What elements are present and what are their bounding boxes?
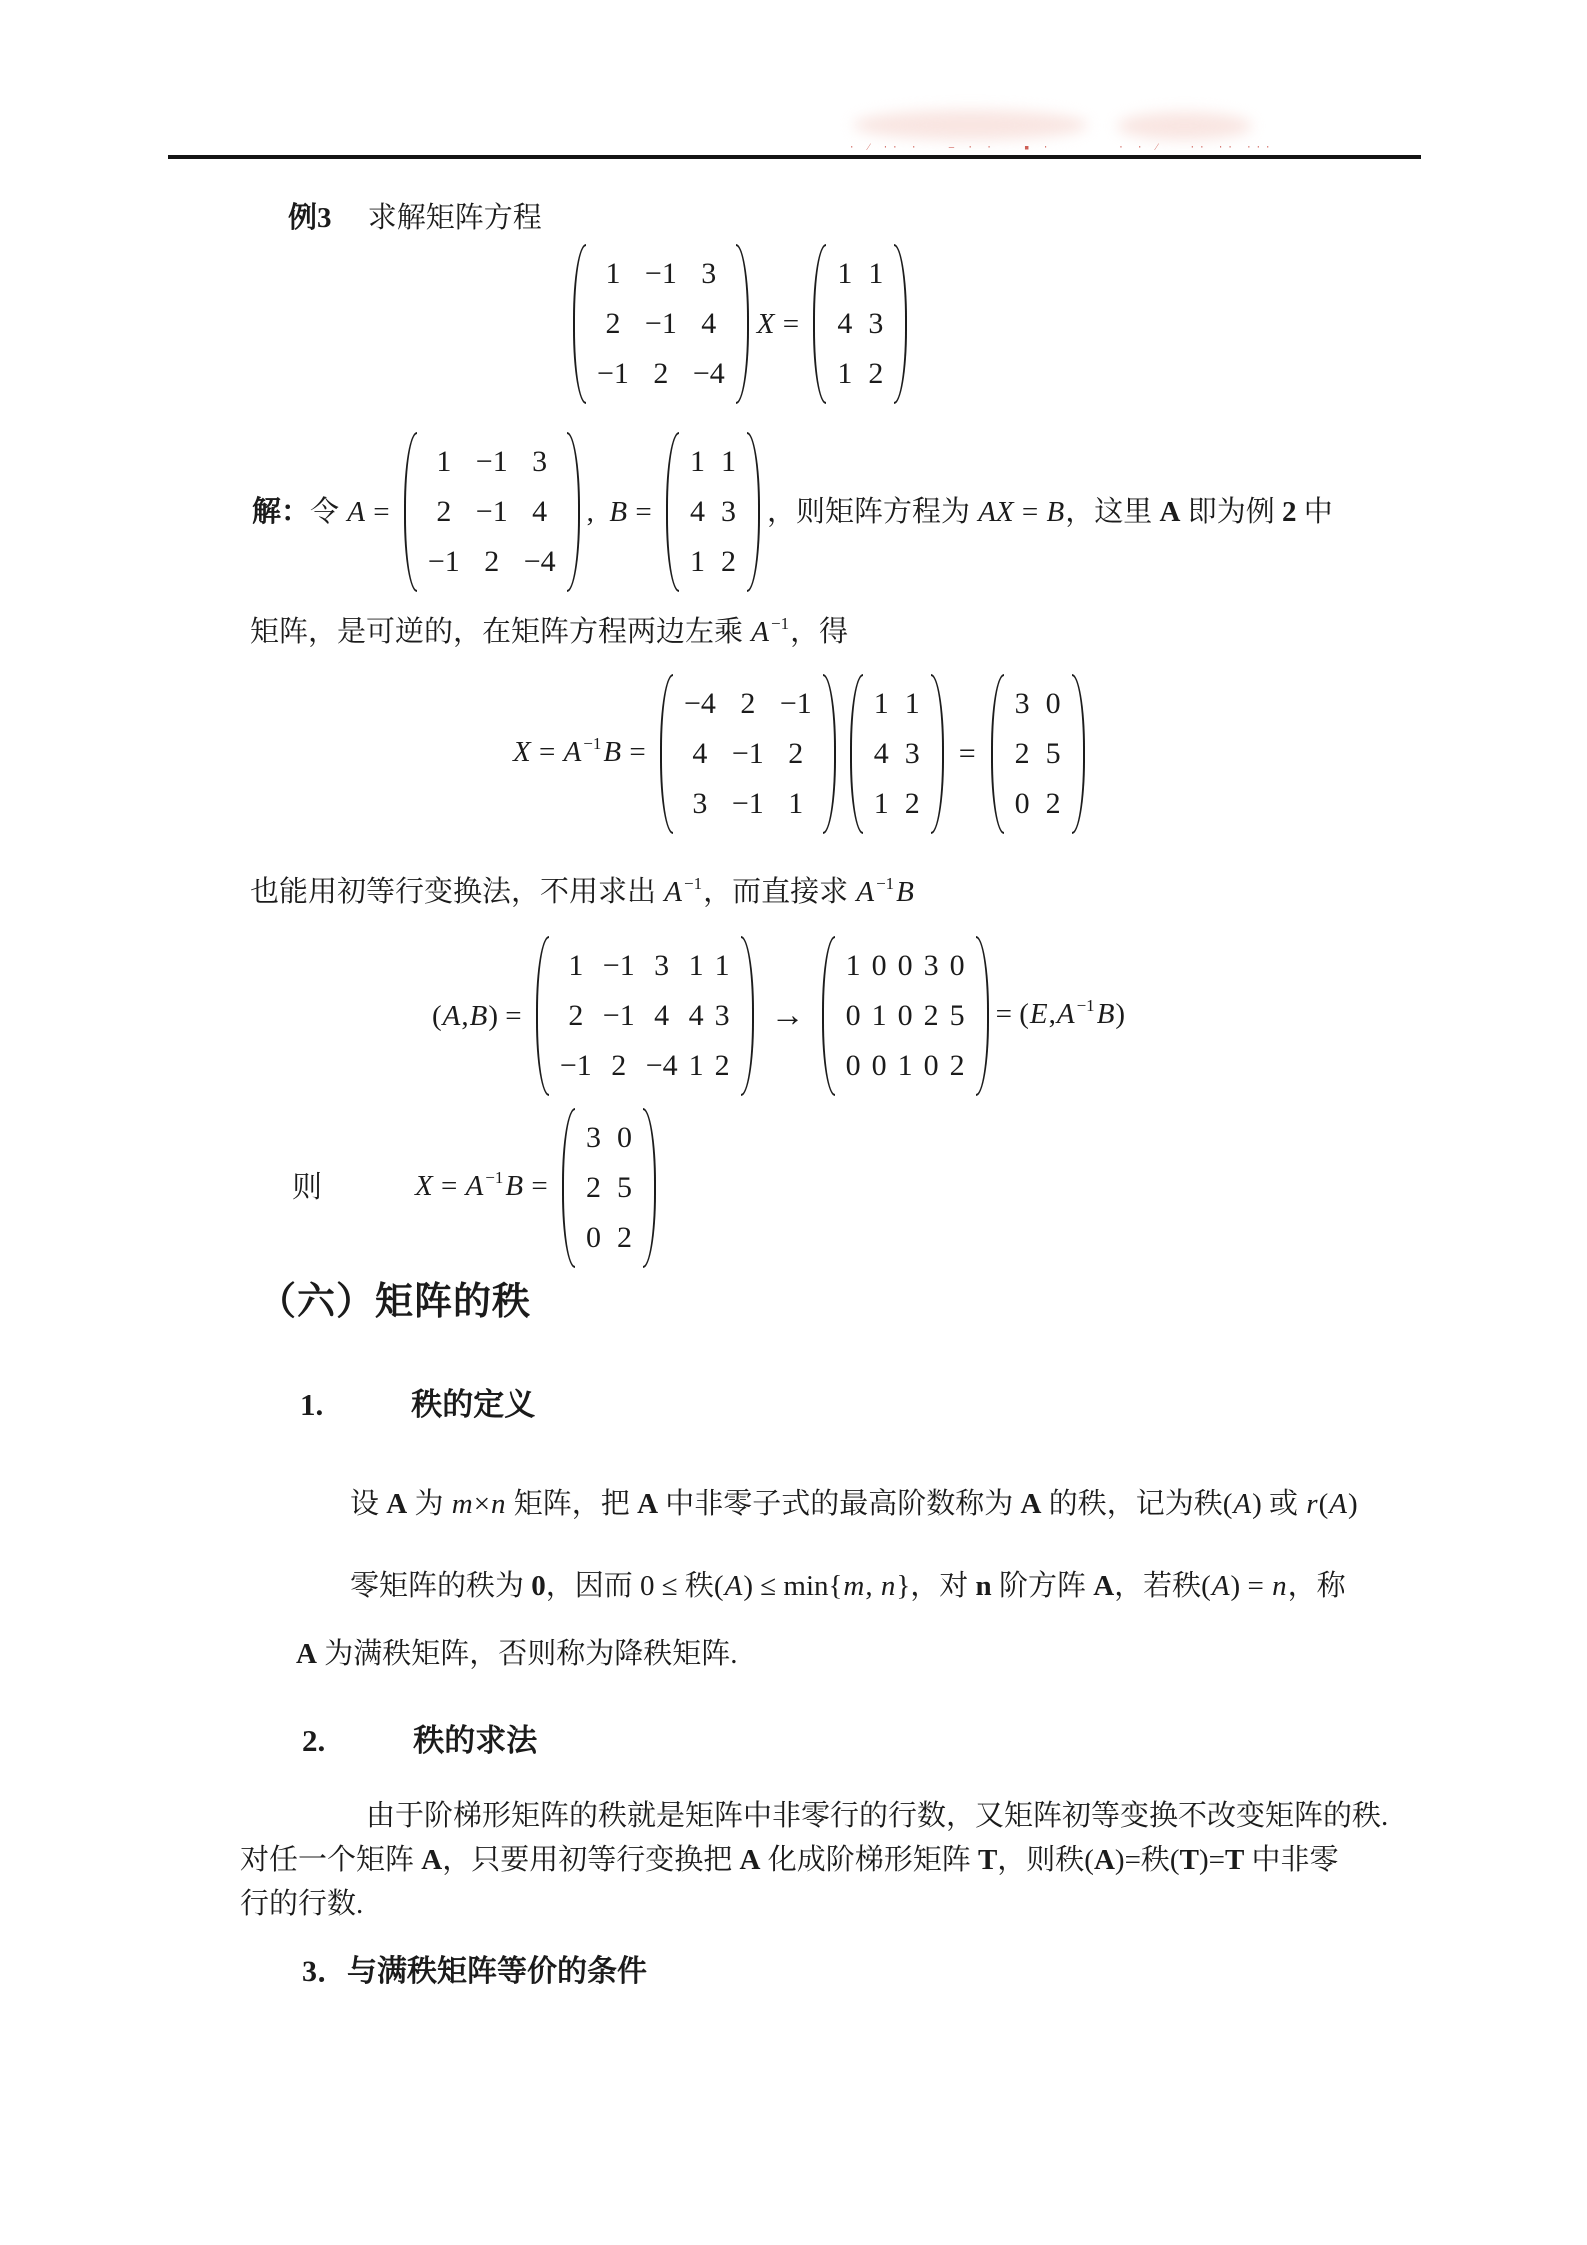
matrix-cell: −1 xyxy=(780,679,812,729)
right-paren xyxy=(643,1108,656,1268)
matrix-cell: 1 xyxy=(721,437,736,487)
matrix-cell: 1 xyxy=(605,249,620,299)
bold-text-segment: A xyxy=(739,1844,760,1876)
matrix-cell: 1 xyxy=(898,1041,913,1091)
matrix-cell: 2 xyxy=(868,349,883,399)
left-paren xyxy=(573,244,586,404)
matrix-cell: 1 xyxy=(872,991,887,1041)
matrix-cell: −1 xyxy=(476,487,508,537)
superscript-exponent: −1 xyxy=(875,874,895,893)
subheading-rank-method: 2. 秩的求法 xyxy=(302,1720,1587,1762)
text-segment: ( xyxy=(1319,1488,1329,1520)
text-segment: 为 xyxy=(407,1488,451,1520)
matrix-grid: 114312 xyxy=(826,244,894,404)
equation-1-middle: X = xyxy=(756,302,807,346)
text-segment: = xyxy=(775,308,806,340)
bold-text-segment: A xyxy=(1094,1844,1115,1876)
matrix-cell: 4 xyxy=(690,487,705,537)
superscript-exponent: −1 xyxy=(582,734,602,753)
math-variable: A xyxy=(442,1000,462,1032)
text-segment: ) = xyxy=(1231,1570,1272,1602)
text-segment: 由于阶梯形矩阵的秩就是矩阵中非零行的行数，又矩阵初等变换不改变矩阵的秩. xyxy=(366,1800,1388,1832)
matrix-cell: 3 xyxy=(905,729,920,779)
full-rank-paragraph: A 为满秩矩阵，否则称为降秩矩阵. xyxy=(296,1632,1587,1676)
math-variable: A xyxy=(1056,998,1076,1030)
matrix-cell: 1 xyxy=(837,249,852,299)
matrix-cell: 3 xyxy=(924,941,939,991)
subheading-number: 1. xyxy=(300,1384,323,1426)
solution-suffix: ，则矩阵方程为 AX = B，这里 A 即为例 2 中 xyxy=(767,490,1333,534)
matrix-cell: 2 xyxy=(740,679,755,729)
bold-text-segment: 0 xyxy=(531,1570,546,1602)
text-segment: × xyxy=(474,1488,490,1520)
text-segment: 零矩阵的秩为 xyxy=(350,1570,531,1602)
right-paren xyxy=(741,936,754,1096)
text-segment: = xyxy=(524,1170,555,1202)
text-segment: ，若秩( xyxy=(1114,1570,1211,1602)
matrix-B: 114312 xyxy=(813,244,907,404)
text-segment: )=秩( xyxy=(1115,1844,1180,1876)
matrix-cell: 1 xyxy=(689,941,704,991)
subheading-title: 秩的定义 xyxy=(411,1384,535,1426)
matrix-cell: −4 xyxy=(524,537,556,587)
left-paren xyxy=(404,432,417,592)
text-segment: ，而直接求 xyxy=(703,876,855,908)
math-variable: B xyxy=(608,496,628,528)
subheading-number: 2. xyxy=(302,1720,325,1762)
matrix-cell: 2 xyxy=(924,991,939,1041)
text-segment: 即为例 xyxy=(1180,496,1282,528)
then-label: 则 xyxy=(292,1171,322,1205)
matrix-cell: 4 xyxy=(837,299,852,349)
matrix-cell: −4 xyxy=(684,679,716,729)
matrix-cell: 5 xyxy=(617,1163,632,1213)
subheading-rank-definition: 1. 秩的定义 xyxy=(300,1384,1587,1426)
text-segment: = ( xyxy=(996,998,1029,1030)
matrix-cell: −4 xyxy=(646,1041,678,1091)
matrix-cell: 0 xyxy=(898,991,913,1041)
bold-text-segment: T xyxy=(1180,1844,1199,1876)
left-paren xyxy=(813,244,826,404)
text-segment: ，则矩阵方程为 xyxy=(767,496,977,528)
matrix-grid: 302502 xyxy=(575,1108,643,1268)
matrix-cell: 0 xyxy=(872,941,887,991)
superscript-exponent: −1 xyxy=(484,1168,504,1187)
text-segment: = xyxy=(366,496,397,528)
text-segment: 行的行数. xyxy=(240,1888,363,1920)
matrix-cell: 2 xyxy=(1015,729,1030,779)
document-page: · ⁄ ·· · — · · ▪ · · · ⁄ ·· ·· ··· 例3 求解… xyxy=(0,0,1587,2245)
document-body: 例3 求解矩阵方程 1−132−14−12−4 X = 114312 解：令 A… xyxy=(0,0,1587,1994)
equation-2-lead: X = A−1B = xyxy=(512,730,653,778)
bold-text-segment: n xyxy=(976,1570,992,1602)
bold-text-segment: A xyxy=(1160,496,1181,528)
matrix-cell: 0 xyxy=(1015,779,1030,829)
matrix-grid: 100300102500102 xyxy=(835,936,976,1096)
matrix-grid: 114312 xyxy=(679,432,747,592)
math-variable: m xyxy=(451,1488,474,1520)
matrix-A: 1−132−14−12−4 xyxy=(404,432,580,592)
matrix-cell: 4 xyxy=(701,299,716,349)
matrix-cell: 1 xyxy=(690,437,705,487)
text-segment: 对任一个矩阵 xyxy=(240,1844,421,1876)
matrix-cell: 0 xyxy=(617,1113,632,1163)
bold-text-segment: A xyxy=(421,1844,442,1876)
matrix-cell: 0 xyxy=(950,941,965,991)
matrix-B: 114312 xyxy=(850,674,944,834)
text-segment: = xyxy=(532,736,563,768)
matrix-cell: −4 xyxy=(693,349,725,399)
math-variable: A xyxy=(1211,1570,1231,1602)
matrix-cell: 0 xyxy=(872,1041,887,1091)
math-variable: B xyxy=(895,876,915,908)
text-segment: = xyxy=(622,736,653,768)
math-variable: X xyxy=(414,1170,434,1202)
text-segment: ) xyxy=(1348,1488,1358,1520)
math-variable: AX xyxy=(977,496,1014,528)
bold-text-segment: T xyxy=(978,1844,997,1876)
math-variable: m xyxy=(842,1570,865,1602)
matrix-equation-1: 1−132−14−12−4 X = 114312 xyxy=(566,244,1587,404)
text-segment: 中非零 xyxy=(1244,1844,1338,1876)
text-segment: )= xyxy=(1199,1844,1225,1876)
reduced-matrix-EAB: 100300102500102 xyxy=(822,936,989,1096)
matrix-cell: 4 xyxy=(532,487,547,537)
matrix-cell: −1 xyxy=(645,299,677,349)
matrix-cell: 2 xyxy=(436,487,451,537)
text-segment: 的秩，记为秩( xyxy=(1041,1488,1232,1520)
text-segment: ，因而 0 ≤ 秩( xyxy=(546,1570,724,1602)
result-equation-lead: X = A−1B = xyxy=(414,1164,555,1212)
matrix-cell: 2 xyxy=(653,349,668,399)
right-paren xyxy=(1072,674,1085,834)
matrix-cell: 0 xyxy=(924,1041,939,1091)
text-segment: ，这里 xyxy=(1065,496,1159,528)
matrix-grid: 1−132−14−12−4 xyxy=(417,432,567,592)
row-transform-line: 也能用初等行变换法，不用求出 A−1，而直接求 A−1B xyxy=(250,870,1587,918)
bold-text-segment: A xyxy=(637,1488,658,1520)
math-variable: B xyxy=(1096,998,1116,1030)
superscript-exponent: −1 xyxy=(683,874,703,893)
text-segment: 阶方阵 xyxy=(992,1570,1094,1602)
invertible-line: 矩阵，是可逆的，在矩阵方程两边左乘 A−1，得 xyxy=(250,610,1587,658)
solution-between: , B = xyxy=(587,490,659,534)
text-segment: , xyxy=(461,1000,468,1032)
bold-text-segment: A xyxy=(1093,1570,1114,1602)
matrix-cell: 1 xyxy=(568,941,583,991)
matrix-B: 114312 xyxy=(666,432,760,592)
math-variable: X xyxy=(756,308,776,340)
matrix-cell: 1 xyxy=(715,941,730,991)
matrix-cell: 2 xyxy=(1046,779,1061,829)
math-variable: B xyxy=(504,1170,524,1202)
example3-heading: 例3 求解矩阵方程 xyxy=(288,196,1587,240)
text-segment: 求解矩阵方程 xyxy=(332,202,542,234)
matrix-cell: 4 xyxy=(874,729,889,779)
text-segment: 中非零子式的最高阶数称为 xyxy=(658,1488,1021,1520)
text-segment: 矩阵，把 xyxy=(507,1488,638,1520)
text-segment: ( xyxy=(432,1000,442,1032)
matrix-X-result: 302502 xyxy=(991,674,1085,834)
matrix-cell: −1 xyxy=(732,779,764,829)
math-variable: n xyxy=(880,1570,897,1602)
matrix-A: 1−132−14−12−4 xyxy=(573,244,749,404)
matrix-cell: 1 xyxy=(868,249,883,299)
math-variable: A xyxy=(663,876,683,908)
text-segment: 矩阵，是可逆的，在矩阵方程两边左乘 xyxy=(250,616,750,648)
matrix-cell: 5 xyxy=(1046,729,1061,779)
augmented-matrix-equation: (A,B) = 1−13112−1443−12−412 → 1003001025… xyxy=(432,936,1587,1096)
superscript-exponent: −1 xyxy=(770,614,790,633)
math-variable: A xyxy=(855,876,875,908)
left-paren xyxy=(991,674,1004,834)
math-variable: A xyxy=(724,1570,744,1602)
matrix-cell: 0 xyxy=(898,941,913,991)
matrix-cell: 3 xyxy=(701,249,716,299)
inverse-product-equation: X = A−1B = −42−14−123−11 114312 = 302502 xyxy=(512,674,1587,834)
matrix-cell: 2 xyxy=(586,1163,601,1213)
matrix-cell: 1 xyxy=(690,537,705,587)
matrix-cell: 2 xyxy=(715,1041,730,1091)
matrix-cell: 3 xyxy=(721,487,736,537)
augmented-matrix-AB: 1−13112−1443−12−412 xyxy=(536,936,754,1096)
matrix-cell: 5 xyxy=(950,991,965,1041)
left-paren xyxy=(536,936,549,1096)
text-segment: ，只要用初等行变换把 xyxy=(442,1844,739,1876)
matrix-grid: 1−13112−1443−12−412 xyxy=(549,936,741,1096)
matrix-cell: −1 xyxy=(428,537,460,587)
right-paren xyxy=(567,432,580,592)
result-line: 则 X = A−1B = 302502 xyxy=(292,1108,1587,1268)
text-segment: 设 xyxy=(350,1488,386,1520)
left-paren xyxy=(660,674,673,834)
matrix-cell: 2 xyxy=(721,537,736,587)
text-segment: , xyxy=(1049,998,1056,1030)
text-segment: = xyxy=(434,1170,465,1202)
math-variable: B xyxy=(1046,496,1066,528)
left-paren xyxy=(822,936,835,1096)
bold-text-segment: A xyxy=(1021,1488,1042,1520)
right-paren xyxy=(894,244,907,404)
text-segment: 令 xyxy=(310,496,346,528)
bold-text-segment: A xyxy=(296,1638,317,1670)
matrix-cell: 2 xyxy=(605,299,620,349)
math-variable: A xyxy=(1232,1488,1252,1520)
solution-line: 解：令 A = 1−132−14−12−4 , B = 114312 ，则矩阵方… xyxy=(252,432,1587,592)
matrix-cell: 3 xyxy=(868,299,883,349)
math-variable: A xyxy=(346,496,366,528)
matrix-grid: 302502 xyxy=(1004,674,1072,834)
matrix-cell: 2 xyxy=(905,779,920,829)
subheading-title: 秩的求法 xyxy=(413,1720,537,1762)
matrix-cell: −1 xyxy=(732,729,764,779)
matrix-cell: 0 xyxy=(846,1041,861,1091)
text-segment: ) xyxy=(1115,998,1125,1030)
right-paren xyxy=(747,432,760,592)
subheading-full-rank-equivalence: 3．与满秩矩阵等价的条件 xyxy=(302,1950,1587,1994)
bold-text-segment: T xyxy=(1225,1844,1244,1876)
equals-sign: = xyxy=(959,737,976,771)
matrix-cell: 2 xyxy=(484,537,499,587)
matrix-cell: 2 xyxy=(950,1041,965,1091)
matrix-cell: 3 xyxy=(586,1113,601,1163)
matrix-cell: 1 xyxy=(874,779,889,829)
matrix-cell: −1 xyxy=(645,249,677,299)
math-variable: r xyxy=(1305,1488,1318,1520)
matrix-grid: 1−132−14−12−4 xyxy=(586,244,736,404)
rank-definition-paragraph: 设 A 为 m×n 矩阵，把 A 中非零子式的最高阶数称为 A 的秩，记为秩(A… xyxy=(350,1482,1587,1526)
matrix-cell: 2 xyxy=(617,1213,632,1263)
matrix-cell: 3 xyxy=(692,779,707,829)
text-segment: ，得 xyxy=(790,616,848,648)
matrix-cell: 1 xyxy=(874,679,889,729)
matrix-cell: −1 xyxy=(476,437,508,487)
matrix-X-result: 302502 xyxy=(562,1108,656,1268)
text-segment: , xyxy=(587,496,609,528)
text-segment: ，则秩( xyxy=(997,1844,1094,1876)
text-segment: ) ≤ min{ xyxy=(743,1570,842,1602)
text-segment: 中 xyxy=(1296,496,1332,528)
zero-matrix-rank-paragraph: 零矩阵的秩为 0，因而 0 ≤ 秩(A) ≤ min{m, n}，对 n 阶方阵… xyxy=(350,1564,1587,1608)
matrix-cell: 0 xyxy=(1046,679,1061,729)
matrix-cell: −1 xyxy=(603,941,635,991)
matrix-cell: 3 xyxy=(532,437,547,487)
matrix-cell: 1 xyxy=(846,941,861,991)
matrix-grid: 114312 xyxy=(863,674,931,834)
math-variable: A xyxy=(465,1170,485,1202)
matrix-cell: 1 xyxy=(905,679,920,729)
solution-prefix: 解：令 A = xyxy=(252,490,397,534)
matrix-cell: −1 xyxy=(603,991,635,1041)
text-segment: 也能用初等行变换法，不用求出 xyxy=(250,876,663,908)
rank-method-line-1: 由于阶梯形矩阵的秩就是矩阵中非零行的行数，又矩阵初等变换不改变矩阵的秩. xyxy=(240,1794,1587,1838)
bold-text-segment: 解： xyxy=(252,496,310,528)
matrix-cell: 3 xyxy=(1015,679,1030,729)
equation-3-lead: (A,B) = xyxy=(432,994,529,1038)
text-segment: }，对 xyxy=(896,1570,975,1602)
bold-text-segment: 例3 xyxy=(288,202,332,234)
text-segment: 为满秩矩阵，否则称为降秩矩阵. xyxy=(317,1638,738,1670)
right-paren xyxy=(736,244,749,404)
section-heading-rank: （六）矩阵的秩 xyxy=(258,1276,1587,1328)
matrix-cell: 4 xyxy=(692,729,707,779)
math-variable: A xyxy=(563,736,583,768)
right-arrow-icon: → xyxy=(771,999,805,1033)
matrix-A-inverse: −42−14−123−11 xyxy=(660,674,836,834)
math-variable: n xyxy=(1271,1570,1288,1602)
matrix-cell: 0 xyxy=(586,1213,601,1263)
rank-method-paragraph: 由于阶梯形矩阵的秩就是矩阵中非零行的行数，又矩阵初等变换不改变矩阵的秩. 对任一… xyxy=(240,1794,1587,1926)
right-paren xyxy=(931,674,944,834)
matrix-cell: 4 xyxy=(689,991,704,1041)
text-segment: = xyxy=(1015,496,1046,528)
bold-text-segment: 2 xyxy=(1282,496,1297,528)
matrix-cell: 1 xyxy=(436,437,451,487)
math-variable: n xyxy=(490,1488,507,1520)
matrix-cell: 3 xyxy=(715,991,730,1041)
matrix-cell: 1 xyxy=(689,1041,704,1091)
rank-method-line-3: 行的行数. xyxy=(240,1882,1587,1926)
left-paren xyxy=(562,1108,575,1268)
matrix-cell: 1 xyxy=(837,349,852,399)
math-variable: X xyxy=(512,736,532,768)
text-segment: ，称 xyxy=(1288,1570,1346,1602)
left-paren xyxy=(666,432,679,592)
matrix-cell: 1 xyxy=(788,779,803,829)
right-paren xyxy=(976,936,989,1096)
matrix-cell: 2 xyxy=(568,991,583,1041)
math-variable: B xyxy=(602,736,622,768)
equation-3-tail: = (E,A−1B) xyxy=(996,992,1125,1040)
matrix-cell: 2 xyxy=(611,1041,626,1091)
matrix-grid: −42−14−123−11 xyxy=(673,674,823,834)
matrix-cell: 2 xyxy=(788,729,803,779)
math-variable: A xyxy=(1328,1488,1348,1520)
text-segment: = xyxy=(628,496,659,528)
matrix-cell: −1 xyxy=(560,1041,592,1091)
matrix-cell: −1 xyxy=(597,349,629,399)
math-variable: E xyxy=(1029,998,1049,1030)
math-variable: A xyxy=(750,616,770,648)
superscript-exponent: −1 xyxy=(1076,996,1096,1015)
text-segment: , xyxy=(865,1570,880,1602)
left-paren xyxy=(850,674,863,834)
text-segment: ) = xyxy=(488,1000,529,1032)
text-segment: 化成阶梯形矩阵 xyxy=(760,1844,978,1876)
matrix-cell: 0 xyxy=(846,991,861,1041)
matrix-cell: 3 xyxy=(654,941,669,991)
text-segment: ) 或 xyxy=(1252,1488,1305,1520)
right-paren xyxy=(823,674,836,834)
matrix-cell: 4 xyxy=(654,991,669,1041)
rank-method-line-2: 对任一个矩阵 A，只要用初等行变换把 A 化成阶梯形矩阵 T，则秩(A)=秩(T… xyxy=(240,1838,1587,1882)
bold-text-segment: A xyxy=(386,1488,407,1520)
math-variable: B xyxy=(469,1000,489,1032)
